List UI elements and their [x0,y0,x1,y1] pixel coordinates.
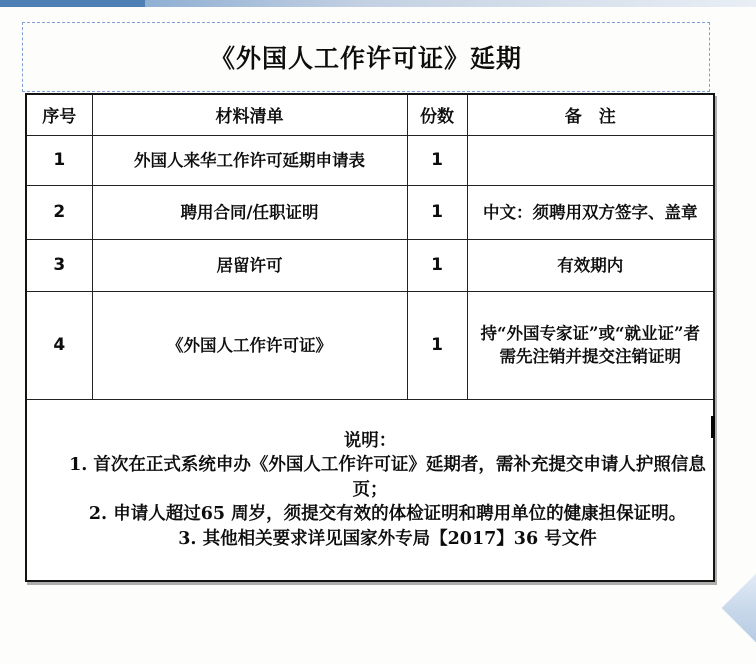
remark-cell: 有效期内 [467,239,714,291]
col-header-copies: 份数 [407,94,467,135]
table-row: 4 《外国人工作许可证》 1 持“外国专家证”或“就业证”者需先注销并提交注销证… [26,291,714,399]
remark-cell: 中文：须聘用双方签字、盖章 [467,185,714,239]
table-header-row: 序号 材料清单 份数 备 注 [26,94,714,135]
table-row: 2 聘用合同/任职证明 1 中文：须聘用双方签字、盖章 [26,185,714,239]
materials-table[interactable]: 序号 材料清单 份数 备 注 1 外国人来华工作许可延期申请表 1 2 聘用合同… [25,93,715,582]
material-cell: 《外国人工作许可证》 [92,291,407,399]
copies-cell: 1 [407,135,467,185]
table-row: 3 居留许可 1 有效期内 [26,239,714,291]
col-header-material: 材料清单 [92,94,407,135]
note-item: 3. 其他相关要求详见国家外专局【2017】36 号文件 [32,527,708,552]
row-index-cell: 2 [26,185,92,239]
slide-canvas: 《外国人工作许可证》延期 序号 材料清单 份数 备 注 1 外国人来华工作许可延… [0,0,756,664]
text-cursor [711,416,715,438]
page-title: 《外国人工作许可证》延期 [210,39,522,75]
remark-cell [467,135,714,185]
notes-label: 说明： [32,429,708,454]
materials-table-wrapper: 序号 材料清单 份数 备 注 1 外国人来华工作许可延期申请表 1 2 聘用合同… [25,93,715,582]
copies-cell: 1 [407,239,467,291]
material-cell: 外国人来华工作许可延期申请表 [92,135,407,185]
material-cell: 居留许可 [92,239,407,291]
col-header-index: 序号 [26,94,92,135]
copies-cell: 1 [407,291,467,399]
accent-bar-left-segment [0,0,145,7]
accent-bar-right-segment [145,0,756,7]
material-cell: 聘用合同/任职证明 [92,185,407,239]
copies-cell: 1 [407,185,467,239]
notes-row: 说明： 1. 首次在正式系统申办《外国人工作许可证》延期者，需补充提交申请人护照… [26,399,714,581]
title-placeholder[interactable]: 《外国人工作许可证》延期 [22,22,710,92]
note-item: 2. 申请人超过65 周岁，须提交有效的体检证明和聘用单位的健康担保证明。 [32,502,708,527]
col-header-remark: 备 注 [467,94,714,135]
remark-cell: 持“外国专家证”或“就业证”者需先注销并提交注销证明 [467,291,714,399]
row-index-cell: 3 [26,239,92,291]
table-row: 1 外国人来华工作许可延期申请表 1 [26,135,714,185]
row-index-cell: 1 [26,135,92,185]
note-item: 1. 首次在正式系统申办《外国人工作许可证》延期者，需补充提交申请人护照信息页； [32,453,708,502]
notes-section: 说明： 1. 首次在正式系统申办《外国人工作许可证》延期者，需补充提交申请人护照… [26,399,714,581]
top-accent-bar [0,0,756,7]
row-index-cell: 4 [26,291,92,399]
corner-diamond-decoration [722,573,756,644]
